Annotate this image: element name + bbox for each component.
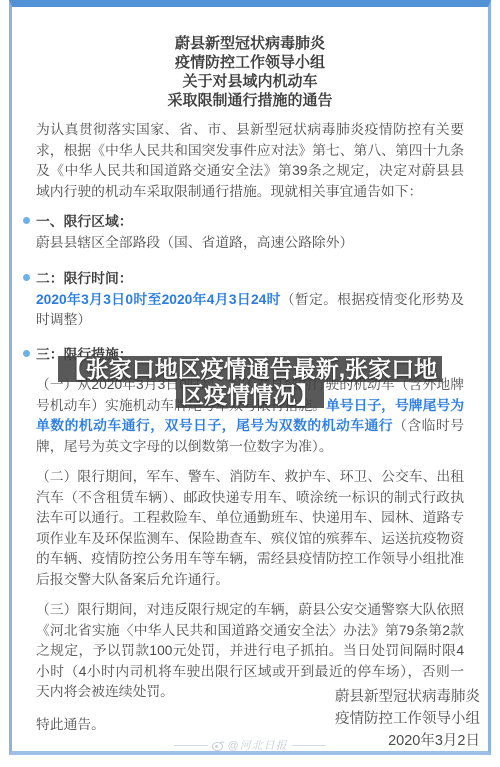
section1-heading-label: 一、限行区域： — [36, 214, 133, 229]
notice-title-line: 疫情防控工作领导小组 — [36, 53, 464, 72]
caption-overlay: 【张家口地区疫情通告最新,张家口地 区疫情情况】 — [0, 356, 500, 408]
watermark-text: @河北日报 — [227, 740, 287, 752]
measure2-paragraph: （二）限行期间，军车、警车、消防车、救护车、环卫、公交车、出租汽车（不含租赁车辆… — [36, 467, 464, 590]
watermark-divider — [174, 745, 208, 746]
caption-line-2: 区疫情情况】 — [176, 382, 324, 408]
section2-heading: 二：限行时间： — [36, 269, 464, 290]
notice-title-line: 采取限制通行措施的通告 — [36, 91, 464, 110]
section1-body: 蔚县县辖区全部路段（国、省道路，高速公路除外） — [36, 233, 464, 254]
signature-line: 蔚县新型冠状病毒肺炎 — [335, 686, 480, 708]
bullet-dot-icon — [23, 217, 30, 224]
signature-line: 疫情防控工作领导小组 — [335, 708, 480, 730]
restriction-period-highlight: 2020年3月3日0时至2020年4月3日24时 — [36, 292, 281, 307]
section2-body: 2020年3月3日0时至2020年4月3日24时（暂定。根据疫情变化形势及时调整… — [36, 290, 464, 331]
section1-heading: 一、限行区域： — [36, 212, 464, 233]
notice-title-line: 蔚县新型冠状病毒肺炎 — [36, 34, 464, 53]
watermark-divider — [292, 745, 326, 746]
watermark: @河北日报 — [0, 739, 500, 755]
weibo-icon — [212, 740, 225, 755]
caption-line-1: 【张家口地区疫情通告最新,张家口地 — [58, 356, 442, 382]
section2-heading-label: 二：限行时间： — [36, 271, 133, 286]
notice-title: 蔚县新型冠状病毒肺炎 疫情防控工作领导小组 关于对县域内机动车 采取限制通行措施… — [36, 34, 464, 110]
notice-page: 蔚县新型冠状病毒肺炎 疫情防控工作领导小组 关于对县域内机动车 采取限制通行措施… — [0, 0, 500, 767]
bullet-dot-icon — [23, 274, 30, 281]
notice-title-line: 关于对县域内机动车 — [36, 72, 464, 91]
intro-paragraph: 为认真贯彻落实国家、省、市、县新型冠状病毒肺炎疫情防控有关要求，根据《中华人民共… — [36, 120, 464, 202]
